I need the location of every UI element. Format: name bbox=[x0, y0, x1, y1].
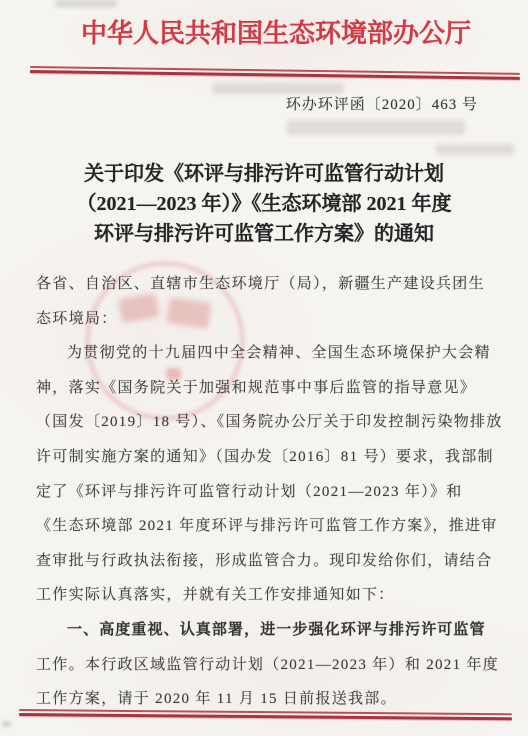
scanned-official-notice-page: 中华人民共和国生态环境部办公厅 环办环评函〔2020〕463 号 关于印发《环评… bbox=[0, 0, 528, 736]
bleed-through-smudge bbox=[55, 0, 117, 7]
red-double-rule-top bbox=[30, 66, 520, 80]
bleed-through-smudge bbox=[287, 120, 465, 135]
body-line: 许可制实施方案的通知》（国办发〔2016〕81 号）要求，我部制 bbox=[36, 440, 496, 475]
notice-body: 各省、自治区、直辖市生态环境厅（局），新疆生产建设兵团生 态环境局： 为贯彻党的… bbox=[36, 267, 496, 717]
body-line: 神，落实《国务院关于加强和规范事中事后监管的指导意见》 bbox=[36, 371, 496, 406]
body-line: 定了《环评与排污许可监管行动计划（2021—2023 年）》和 bbox=[36, 475, 496, 510]
body-line: 《生态环境部 2021 年度环评与排污许可监管工作方案》，推进审 bbox=[36, 509, 496, 544]
body-line: 工作实际认真落实，并就有关工作安排通知如下： bbox=[36, 578, 496, 613]
body-line-salutation: 态环境局： bbox=[36, 302, 496, 337]
notice-title-line: （2021—2023 年）》《生态环境部 2021 年度 bbox=[0, 189, 528, 219]
body-line: （国发〔2019〕18 号）、《国务院办公厅关于印发控制污染物排放 bbox=[36, 405, 496, 440]
bleed-through-smudge bbox=[436, 144, 514, 155]
body-line: 查审批与行政执法衔接，形成监管合力。现印发给你们，请结合 bbox=[36, 544, 496, 579]
ministry-masthead-title: 中华人民共和国生态环境部办公厅 bbox=[28, 13, 524, 50]
notice-title-line: 关于印发《环评与排污许可监管行动计划 bbox=[0, 159, 528, 189]
body-line: 为贯彻党的十九届四中全会精神、全国生态环境保护大会精 bbox=[36, 336, 496, 371]
body-line: 工作。本行政区域监管行动计划（2021—2023 年）和 2021 年度 bbox=[36, 648, 496, 683]
document-number: 环办环评函〔2020〕463 号 bbox=[286, 93, 478, 114]
notice-title-line: 环评与排污许可监管工作方案》的通知 bbox=[0, 219, 528, 249]
body-line-salutation: 各省、自治区、直辖市生态环境厅（局），新疆生产建设兵团生 bbox=[36, 267, 496, 302]
notice-title: 关于印发《环评与排污许可监管行动计划 （2021—2023 年）》《生态环境部 … bbox=[0, 159, 528, 249]
body-line-heading-item-1: 一、高度重视、认真部署，进一步强化环评与排污许可监管 bbox=[36, 613, 496, 648]
bleed-through-smudge bbox=[2, 721, 11, 727]
